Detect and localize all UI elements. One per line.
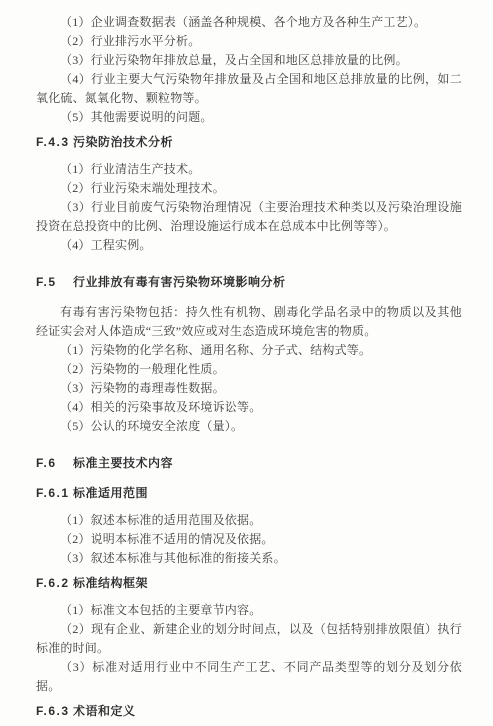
list-item: （3）行业目前废气污染物治理情况（主要治理技术种类以及污染治理设施投资在总投资中…	[36, 198, 462, 236]
section-number: F.5	[36, 273, 73, 292]
section-heading: F.6标准主要技术内容	[36, 454, 462, 473]
list-item: （4）工程实例。	[36, 236, 462, 255]
list-item: （3）标准对适用行业中不同生产工艺、不同产品类型等的划分及划分依据。	[36, 658, 462, 696]
list-item: （2）现有企业、新建企业的划分时间点，以及（包括特别排放限值）执行标准的时间。	[36, 620, 462, 658]
section-number: F.4.3	[36, 133, 73, 152]
section-number: F.6.3	[36, 702, 73, 721]
list-item: （3）行业污染物年排放总量，及占全国和地区总排放量的比例。	[36, 51, 462, 70]
list-item: （1）污染物的化学名称、通用名称、分子式、结构式等。	[36, 341, 462, 360]
list-item: （5）公认的环境安全浓度（量）。	[36, 417, 462, 436]
section-number: F.6.1	[36, 484, 73, 503]
list-item: （2）行业污染末端处理技术。	[36, 179, 462, 198]
section-number: F.6.2	[36, 574, 73, 593]
section-title: 行业排放有毒有害污染物环境影响分析	[73, 273, 462, 292]
list-item: （2）污染物的一般理化性质。	[36, 360, 462, 379]
section-title: 标准结构框架	[73, 574, 462, 593]
list-item: （2）说明本标准不适用的情况及依据。	[36, 530, 462, 549]
list-item: （4）相关的污染事故及环境诉讼等。	[36, 398, 462, 417]
section-heading: F.6.3术语和定义	[36, 702, 462, 721]
list-item: （1）行业清洁生产技术。	[36, 160, 462, 179]
section-heading: F.5行业排放有毒有害污染物环境影响分析	[36, 273, 462, 292]
section-heading: F.4.3污染防治技术分析	[36, 133, 462, 152]
list-item: （3）叙述本标准与其他标准的衔接关系。	[36, 549, 462, 568]
document-content: （1）企业调查数据表（涵盖各种规模、各个地方及各种生产工艺）。（2）行业排污水平…	[0, 0, 493, 721]
list-item: （1）标准文本包括的主要章节内容。	[36, 601, 462, 620]
section-heading: F.6.2标准结构框架	[36, 574, 462, 593]
document-page: （1）企业调查数据表（涵盖各种规模、各个地方及各种生产工艺）。（2）行业排污水平…	[0, 0, 493, 726]
list-item: （1）企业调查数据表（涵盖各种规模、各个地方及各种生产工艺）。	[36, 13, 462, 32]
list-item: （5）其他需要说明的问题。	[36, 108, 462, 127]
section-title: 术语和定义	[73, 702, 462, 721]
section-heading: F.6.1标准适用范围	[36, 484, 462, 503]
list-item: （2）行业排污水平分析。	[36, 32, 462, 51]
section-title: 标准主要技术内容	[73, 454, 462, 473]
list-item: （3）污染物的毒理毒性数据。	[36, 379, 462, 398]
section-title: 污染防治技术分析	[73, 133, 462, 152]
paragraph: 有毒有害污染物包括：持久性有机物、剧毒化学品名录中的物质以及其他经证实会对人体造…	[36, 303, 462, 341]
list-item: （4）行业主要大气污染物年排放量及占全国和地区总排放量的比例，如二氧化硫、氮氧化…	[36, 70, 462, 108]
section-number: F.6	[36, 454, 73, 473]
section-title: 标准适用范围	[73, 484, 462, 503]
list-item: （1）叙述本标准的适用范围及依据。	[36, 511, 462, 530]
